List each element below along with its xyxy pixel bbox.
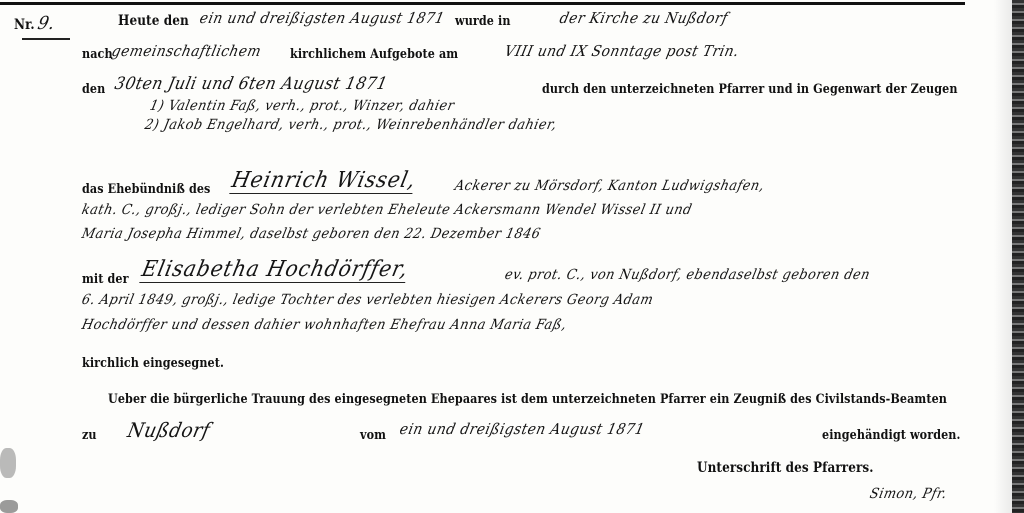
line3-prefix: den [82, 82, 105, 97]
entry-number-label: Nr. [14, 17, 35, 33]
signature-label: Unterschrift des Pfarrers. [697, 460, 874, 476]
line1-mid: wurde in [455, 14, 511, 29]
civil-zu: zu [82, 428, 97, 443]
line2-mid: kirchlichem Aufgebote am [290, 47, 458, 62]
witness-2: 2) Jakob Engelhard, verh., prot., Weinre… [143, 117, 558, 133]
binding-shadow [994, 0, 1012, 513]
entry-number-underline [22, 38, 70, 40]
line3-suffix: durch den unterzeichneten Pfarrer und in… [542, 82, 958, 97]
line2-prefix: nach [82, 47, 113, 62]
register-page: Nr. 9. Heute den ein und dreißigsten Aug… [0, 0, 1024, 513]
groom-name: Heinrich Wissel, [229, 168, 418, 194]
bride-name: Elisabetha Hochdörffer, [139, 257, 410, 283]
bride-details-line2: 6. April 1849, großj., ledige Tochter de… [80, 292, 655, 308]
witness-1: 1) Valentin Faß, verh., prot., Winzer, d… [148, 98, 456, 114]
scan-smudge [0, 448, 16, 478]
marriage-place-handwritten: der Kirche zu Nußdorf [558, 9, 730, 27]
civil-vom: vom [360, 428, 386, 443]
blessed-text: kirchlich eingesegnet. [82, 356, 224, 371]
groom-details-line3: Maria Josepha Himmel, daselbst geboren d… [80, 226, 542, 242]
bride-details-line1: ev. prot. C., von Nußdorf, ebendaselbst … [503, 267, 871, 283]
bride-details-line3: Hochdörffer und dessen dahier wohnhaften… [80, 317, 568, 333]
pastor-signature: Simon, Pfr. [868, 486, 948, 502]
line1-prefix: Heute den [118, 13, 189, 29]
scan-smudge [0, 500, 18, 513]
entry-number: 9. [36, 13, 57, 34]
civil-marriage-statement: Ueber die bürgerliche Trauung des einges… [108, 392, 947, 407]
banns-type-handwritten: gemeinschaftlichem [110, 42, 263, 60]
banns-sundays-handwritten: VIII und IX Sonntage post Trin. [503, 42, 741, 60]
groom-details-line2: kath. C., großj., lediger Sohn der verle… [80, 202, 693, 218]
groom-prefix: das Ehebündniß des [82, 182, 210, 197]
civil-place-handwritten: Nußdorf [125, 418, 212, 442]
groom-details-line1: Ackerer zu Mörsdorf, Kanton Ludwigshafen… [453, 178, 766, 194]
bride-prefix: mit der [82, 272, 129, 287]
book-binding-edge [1012, 0, 1024, 513]
civil-date-handwritten: ein und dreißigsten August 1871 [398, 420, 646, 438]
marriage-date-handwritten: ein und dreißigsten August 1871 [198, 9, 446, 27]
top-rule [0, 2, 965, 5]
civil-suffix: eingehändigt worden. [822, 428, 961, 443]
banns-dates-handwritten: 30ten Juli und 6ten August 1871 [113, 74, 390, 94]
